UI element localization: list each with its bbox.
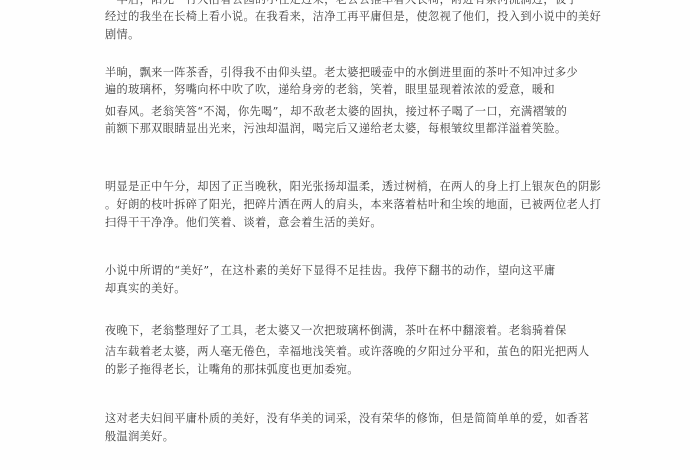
- text-line: 遍的玻璃杯，努嘴向杯中吹了吹，递给身旁的老翁，笑着，眼里显现着浓浓的爱意，暖和: [105, 83, 555, 97]
- text-line: 般温润美好。: [105, 430, 174, 444]
- text-line: 洁车载着老太婆，两人毫无倦色，幸福地浅笑着。或许落晚的夕阳过分平和，茧色的阳光把…: [105, 345, 590, 359]
- text-line: 夜晚下，老翁整理好了工具，老太婆又一次把玻璃杯倒满，茶叶在杯中翻滚着。老翁骑着保: [105, 324, 567, 338]
- text-line: 。好朗的枝叶拆碎了阳光，把碎片洒在两人的肩头，本来落着枯叶和尘埃的地面，已被两位…: [105, 198, 601, 212]
- text-line: 如春风。老翁笑答“不渴，你先喝”，却不敌老太婆的固执，接过杯子喝了一口，充满褶皱…: [105, 105, 567, 119]
- text-line: 前额下那双眼睛显出光来，污浊却温润，喝完后又递给老太婆，每根皱纹里都洋溢着笑脸。: [105, 122, 567, 136]
- scanned-document-page: 一早后，阳光一行人沿着公园的小径走过来，老公公推车着大长椅，附近有条河流淌过，彼…: [0, 0, 700, 470]
- text-line: 经过的我坐在长椅上看小说。在我看来，洁净工再平庸但是，使忽视了他们，投入到小说中…: [105, 10, 601, 24]
- text-line: 却真实的美好。: [105, 282, 186, 296]
- text-line: 一早后，阳光一行人沿着公园的小径走过来，老公公推车着大长椅，附近有条河流淌过，彼…: [105, 0, 578, 7]
- text-line: 半晌，飘来一阵茶香，引得我不由仰头望。老太婆把暖壶中的水倒进里面的茶叶不知冲过多…: [105, 66, 578, 80]
- text-line: 的影子拖得老长，让嘴角的那抹弧度也更加委宛。: [105, 363, 359, 377]
- text-line: 扫得干干净净。他们笑着、谈着，意会着生活的美好。: [105, 216, 382, 230]
- text-line: 剧情。: [105, 28, 140, 42]
- text-line: 小说中所谓的“美好”，在这朴素的美好下显得不足挂齿。我停下翻书的动作，望向这平庸: [105, 264, 556, 278]
- text-line: 这对老夫妇间平庸朴质的美好，没有华美的词采，没有荣华的修饰，但是简简单单的爱，如…: [105, 412, 590, 426]
- text-line: 明显是正中午分，却因了正当晚秋，阳光张扬却温柔，透过树梢，在两人的身上打上银灰色…: [105, 180, 601, 194]
